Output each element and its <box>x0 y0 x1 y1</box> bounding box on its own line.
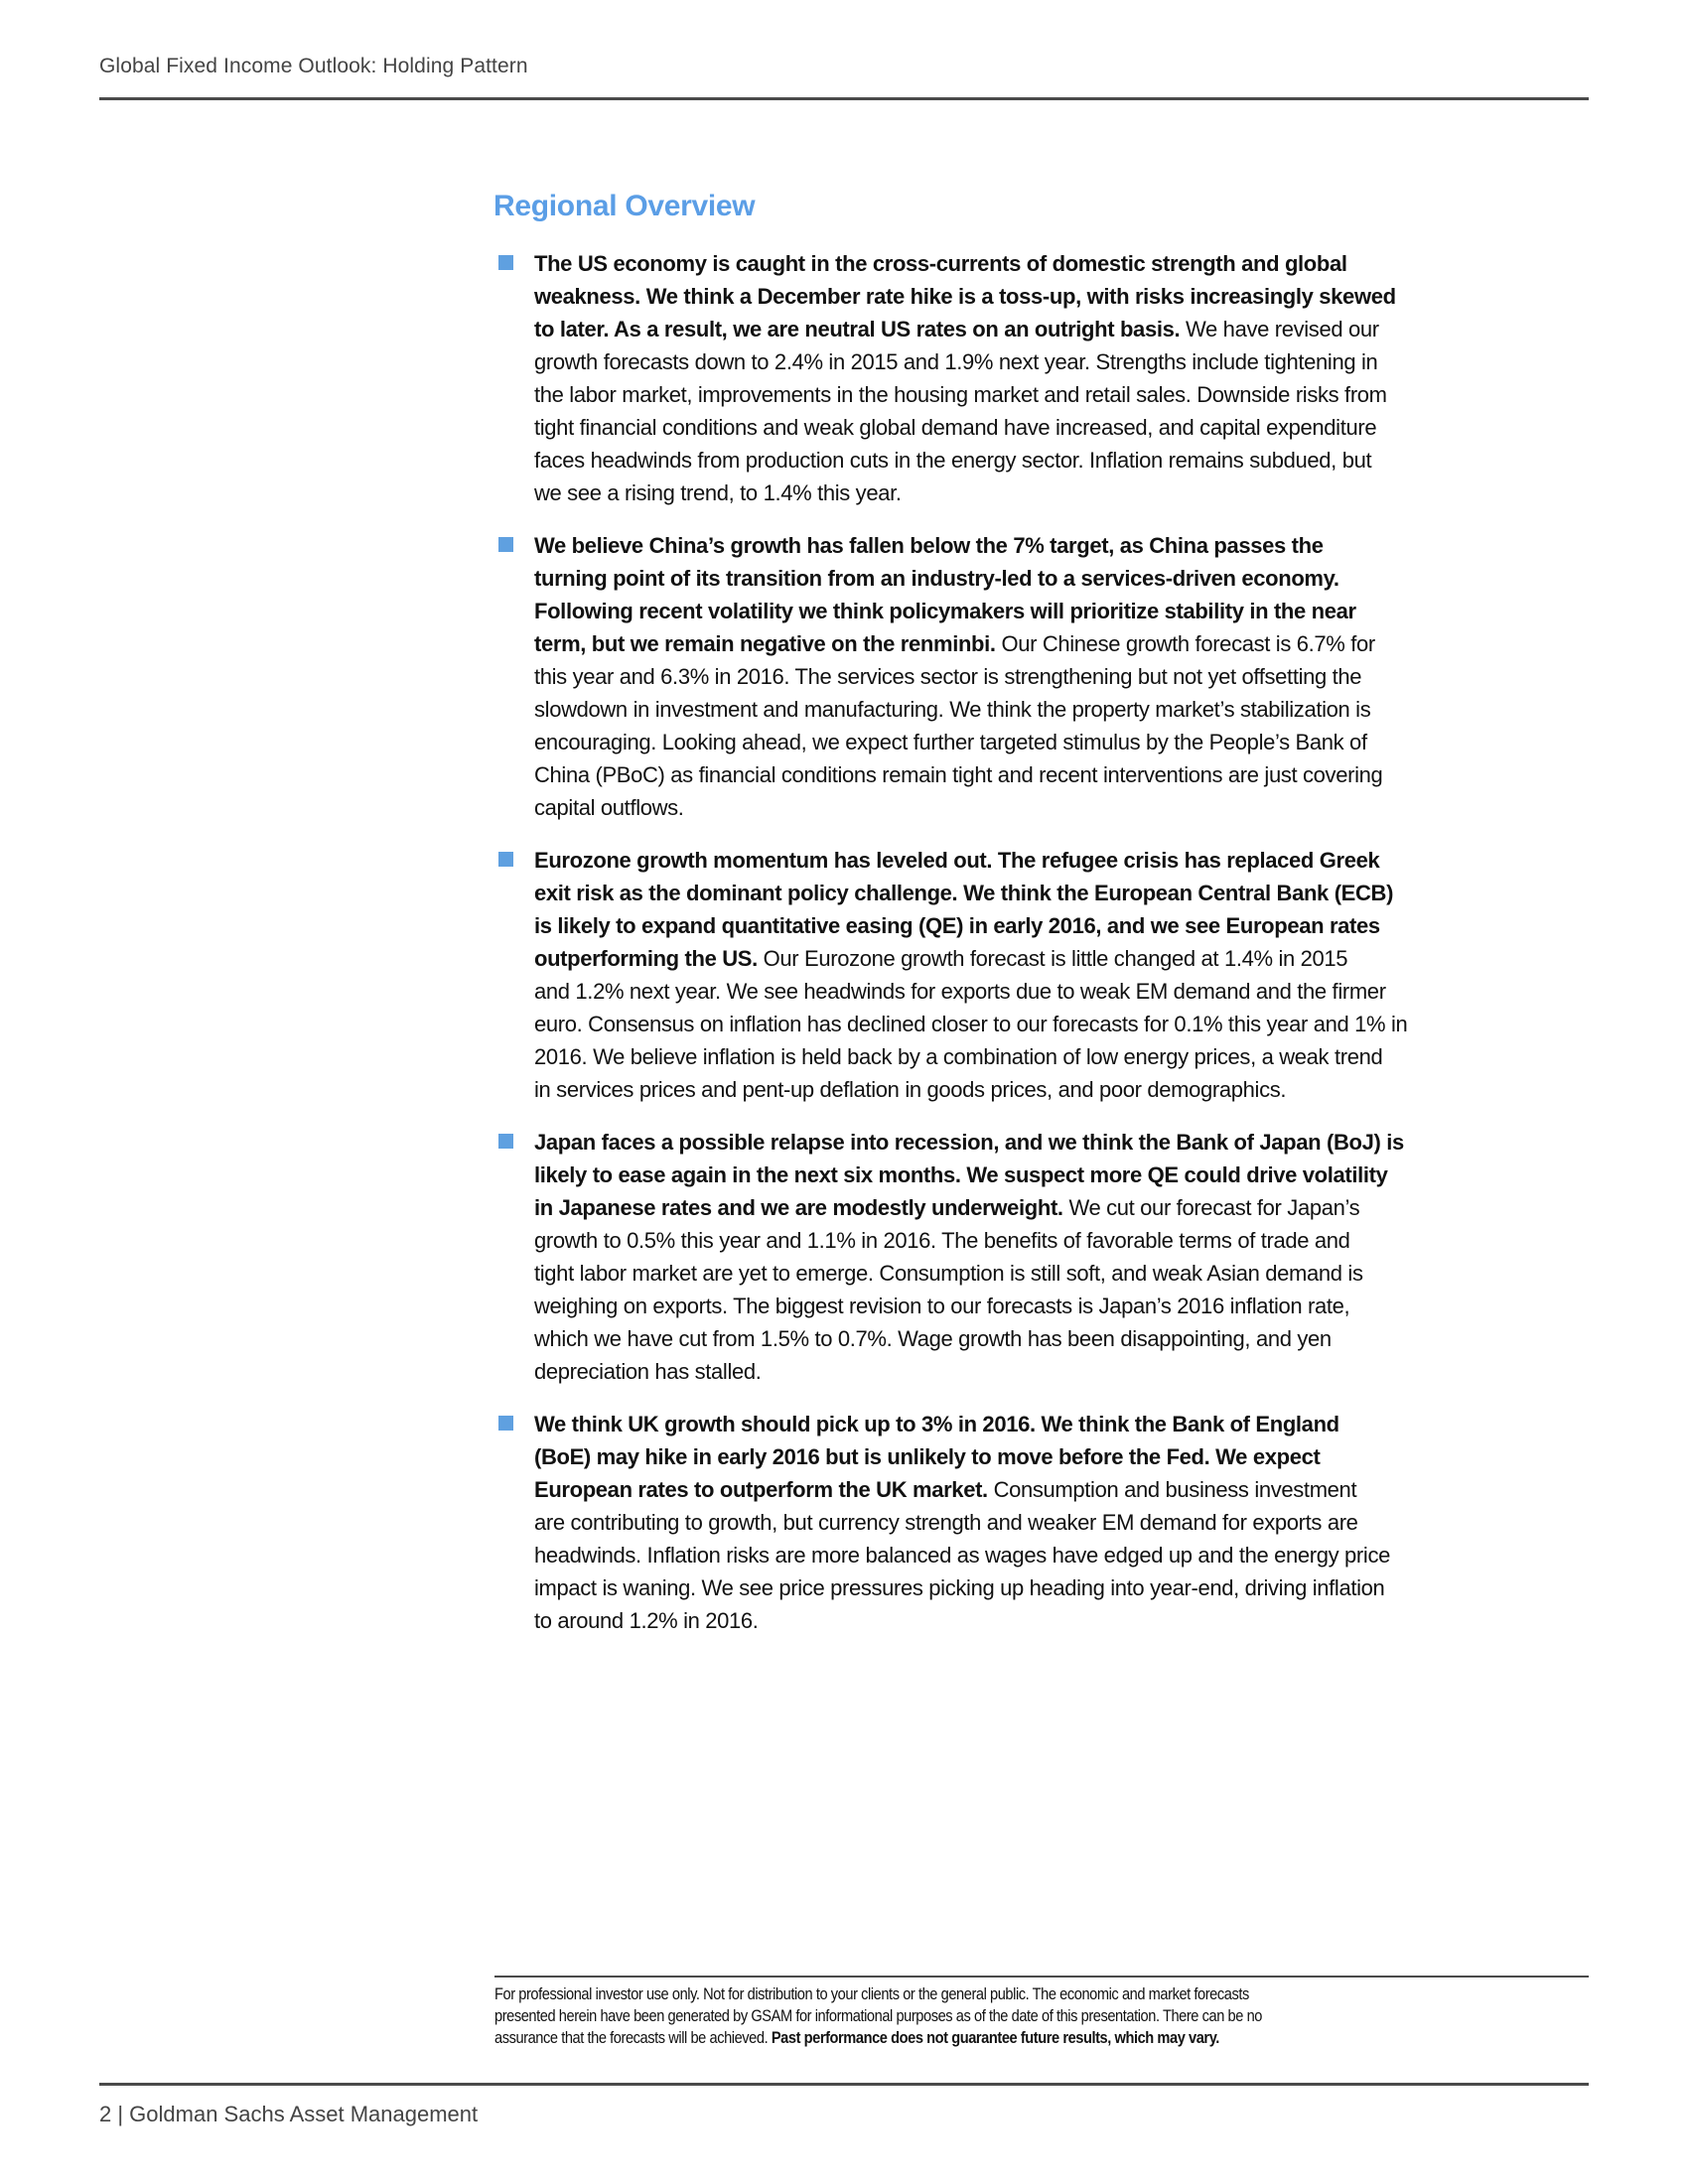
text-line: which we have cut from 1.5% to 0.7%. Wag… <box>534 1322 1601 1355</box>
text-line: growth forecasts down to 2.4% in 2015 an… <box>534 345 1601 378</box>
body-text: Consumption and business investment <box>988 1477 1356 1502</box>
text-line: The US economy is caught in the cross-cu… <box>534 247 1601 280</box>
text-line: and 1.2% next year. We see headwinds for… <box>534 975 1601 1008</box>
bold-lead-text: outperforming the US. <box>534 946 758 971</box>
text-line: We think UK growth should pick up to 3% … <box>534 1408 1601 1440</box>
square-bullet-icon <box>498 255 513 270</box>
body-text: euro. Consensus on inflation has decline… <box>534 1012 1407 1036</box>
text-line: European rates to outperform the UK mark… <box>534 1473 1601 1506</box>
text-line: the labor market, improvements in the ho… <box>534 378 1601 411</box>
bullet-item-uk: We think UK growth should pick up to 3% … <box>498 1408 1601 1637</box>
bullet-item-eurozone: Eurozone growth momentum has leveled out… <box>498 844 1601 1106</box>
header-rule <box>99 97 1589 100</box>
bold-lead-text: Eurozone growth momentum has leveled out… <box>534 848 1379 873</box>
body-text: this year and 6.3% in 2016. The services… <box>534 664 1361 689</box>
regional-bullet-list: The US economy is caught in the cross-cu… <box>498 247 1601 1657</box>
body-text: We have revised our <box>1180 317 1378 341</box>
body-text: weighing on exports. The biggest revisio… <box>534 1294 1349 1318</box>
text-line: impact is waning. We see price pressures… <box>534 1571 1601 1604</box>
body-text: capital outflows. <box>534 795 684 820</box>
text-line: outperforming the US. Our Eurozone growt… <box>534 942 1601 975</box>
bold-lead-text: term, but we remain negative on the renm… <box>534 631 996 656</box>
body-text: the labor market, improvements in the ho… <box>534 382 1387 407</box>
text-line: Eurozone growth momentum has leveled out… <box>534 844 1601 877</box>
text-line: 2016. We believe inflation is held back … <box>534 1040 1601 1073</box>
bullet-item-china: We believe China’s growth has fallen bel… <box>498 529 1601 824</box>
text-line: growth to 0.5% this year and 1.1% in 201… <box>534 1224 1601 1257</box>
text-line: Following recent volatility we think pol… <box>534 595 1601 627</box>
text-line: We believe China’s growth has fallen bel… <box>534 529 1601 562</box>
body-text: China (PBoC) as financial conditions rem… <box>534 762 1382 787</box>
text-line: depreciation has stalled. <box>534 1355 1601 1388</box>
square-bullet-icon <box>498 1134 513 1149</box>
text-line: (BoE) may hike in early 2016 but is unli… <box>534 1440 1601 1473</box>
text-line: this year and 6.3% in 2016. The services… <box>534 660 1601 693</box>
body-text: encouraging. Looking ahead, we expect fu… <box>534 730 1367 754</box>
body-text: tight financial conditions and weak glob… <box>534 415 1376 440</box>
footnote-line: For professional investor use only. Not … <box>494 1983 1443 2005</box>
body-text: depreciation has stalled. <box>534 1359 762 1384</box>
text-line: term, but we remain negative on the renm… <box>534 627 1601 660</box>
body-text: we see a rising trend, to 1.4% this year… <box>534 480 902 505</box>
text-line: to around 1.2% in 2016. <box>534 1604 1601 1637</box>
footer-rule <box>99 2083 1589 2086</box>
body-text: tight labor market are yet to emerge. Co… <box>534 1261 1363 1286</box>
text-line: China (PBoC) as financial conditions rem… <box>534 758 1601 791</box>
text-line: to later. As a result, we are neutral US… <box>534 313 1601 345</box>
body-text: impact is waning. We see price pressures… <box>534 1575 1384 1600</box>
bold-lead-text: Japan faces a possible relapse into rece… <box>534 1130 1404 1155</box>
body-text: Our Eurozone growth forecast is little c… <box>758 946 1347 971</box>
section-title: Regional Overview <box>493 190 755 223</box>
bold-lead-text: (BoE) may hike in early 2016 but is unli… <box>534 1444 1320 1469</box>
footnote-text: assurance that the forecasts will be ach… <box>494 2028 772 2047</box>
text-line: exit risk as the dominant policy challen… <box>534 877 1601 909</box>
bold-lead-text: is likely to expand quantitative easing … <box>534 913 1380 938</box>
footnote-rule <box>494 1976 1589 1978</box>
text-line: faces headwinds from production cuts in … <box>534 444 1601 477</box>
bullet-item-us: The US economy is caught in the cross-cu… <box>498 247 1601 509</box>
text-line: turning point of its transition from an … <box>534 562 1601 595</box>
bold-lead-text: turning point of its transition from an … <box>534 566 1339 591</box>
footnote-line: presented herein have been generated by … <box>494 2005 1443 2027</box>
bullet-item-japan: Japan faces a possible relapse into rece… <box>498 1126 1601 1388</box>
footnote-line: assurance that the forecasts will be ach… <box>494 2027 1443 2049</box>
text-line: are contributing to growth, but currency… <box>534 1506 1601 1539</box>
text-line: in Japanese rates and we are modestly un… <box>534 1191 1601 1224</box>
footnote-bold-text: Past performance does not guarantee futu… <box>772 2028 1219 2047</box>
body-text: are contributing to growth, but currency… <box>534 1510 1358 1535</box>
text-line: euro. Consensus on inflation has decline… <box>534 1008 1601 1040</box>
text-line: tight financial conditions and weak glob… <box>534 411 1601 444</box>
bold-lead-text: weakness. We think a December rate hike … <box>534 284 1396 309</box>
running-header-title: Global Fixed Income Outlook: Holding Pat… <box>99 55 528 78</box>
body-text: slowdown in investment and manufacturing… <box>534 697 1370 722</box>
body-text: headwinds. Inflation risks are more bala… <box>534 1543 1390 1568</box>
footnote-text: presented herein have been generated by … <box>494 2006 1262 2025</box>
text-line: is likely to expand quantitative easing … <box>534 909 1601 942</box>
text-line: weighing on exports. The biggest revisio… <box>534 1290 1601 1322</box>
bold-lead-text: to later. As a result, we are neutral US… <box>534 317 1180 341</box>
text-line: likely to ease again in the next six mon… <box>534 1159 1601 1191</box>
text-line: we see a rising trend, to 1.4% this year… <box>534 477 1601 509</box>
page-footer: 2 | Goldman Sachs Asset Management <box>99 2102 478 2127</box>
text-line: tight labor market are yet to emerge. Co… <box>534 1257 1601 1290</box>
text-line: Japan faces a possible relapse into rece… <box>534 1126 1601 1159</box>
bold-lead-text: The US economy is caught in the cross-cu… <box>534 251 1347 276</box>
bold-lead-text: We believe China’s growth has fallen bel… <box>534 533 1324 558</box>
text-line: slowdown in investment and manufacturing… <box>534 693 1601 726</box>
square-bullet-icon <box>498 1416 513 1431</box>
disclaimer-footnote: For professional investor use only. Not … <box>494 1983 1443 2049</box>
body-text: to around 1.2% in 2016. <box>534 1608 759 1633</box>
bold-lead-text: in Japanese rates and we are modestly un… <box>534 1195 1063 1220</box>
body-text: growth to 0.5% this year and 1.1% in 201… <box>534 1228 1350 1253</box>
body-text: Our Chinese growth forecast is 6.7% for <box>996 631 1375 656</box>
body-text: faces headwinds from production cuts in … <box>534 448 1371 473</box>
bold-lead-text: likely to ease again in the next six mon… <box>534 1162 1388 1187</box>
body-text: We cut our forecast for Japan’s <box>1063 1195 1360 1220</box>
square-bullet-icon <box>498 852 513 867</box>
body-text: growth forecasts down to 2.4% in 2015 an… <box>534 349 1377 374</box>
text-line: in services prices and pent-up deflation… <box>534 1073 1601 1106</box>
body-text: and 1.2% next year. We see headwinds for… <box>534 979 1386 1004</box>
text-line: encouraging. Looking ahead, we expect fu… <box>534 726 1601 758</box>
text-line: headwinds. Inflation risks are more bala… <box>534 1539 1601 1571</box>
square-bullet-icon <box>498 537 513 552</box>
body-text: in services prices and pent-up deflation… <box>534 1077 1286 1102</box>
body-text: 2016. We believe inflation is held back … <box>534 1044 1382 1069</box>
body-text: which we have cut from 1.5% to 0.7%. Wag… <box>534 1326 1332 1351</box>
bold-lead-text: exit risk as the dominant policy challen… <box>534 881 1393 905</box>
text-line: capital outflows. <box>534 791 1601 824</box>
footnote-text: For professional investor use only. Not … <box>494 1984 1249 2003</box>
bold-lead-text: Following recent volatility we think pol… <box>534 599 1356 623</box>
bold-lead-text: European rates to outperform the UK mark… <box>534 1477 988 1502</box>
text-line: weakness. We think a December rate hike … <box>534 280 1601 313</box>
bold-lead-text: We think UK growth should pick up to 3% … <box>534 1412 1339 1436</box>
